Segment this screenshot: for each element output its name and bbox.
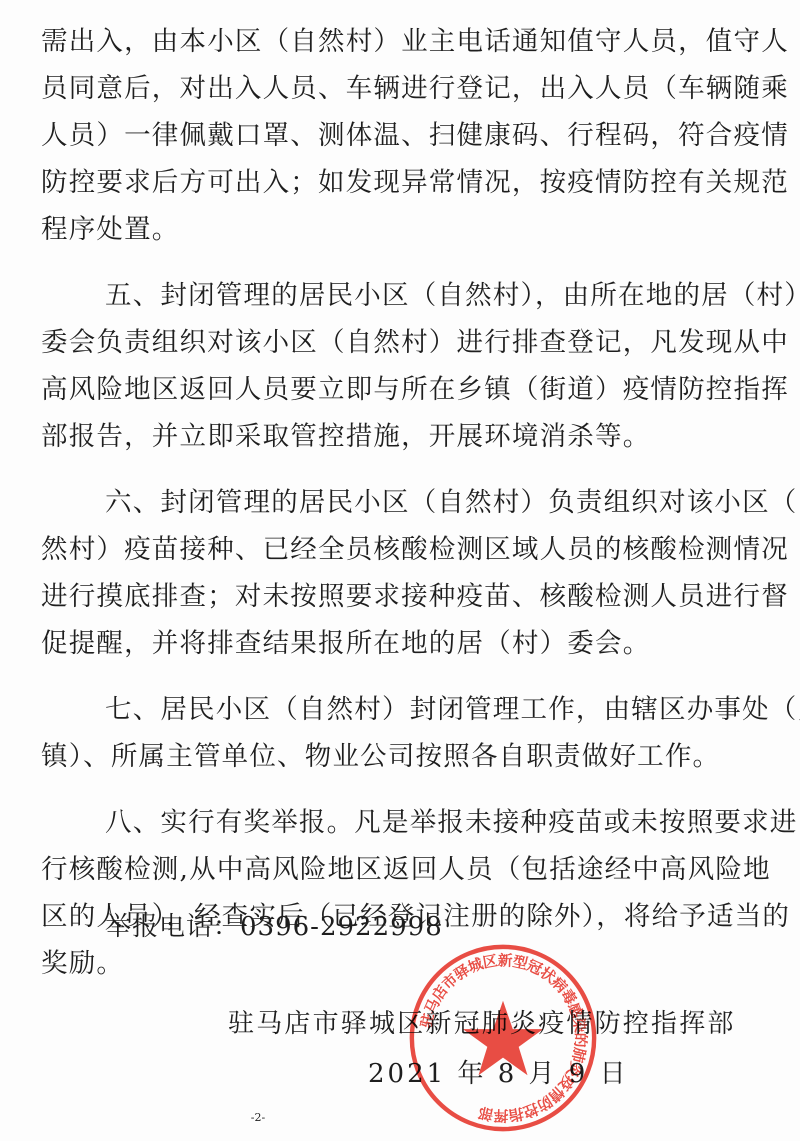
text-line: 行核酸检测,从中高风险地区返回人员（包括途经中高风险地	[41, 846, 481, 893]
text-line: 高风险地区返回人员要立即与所在乡镇（街道）疫情防控指挥	[41, 366, 481, 413]
text-line: 然村）疫苗接种、已经全员核酸检测区域人员的核酸检测情况	[41, 526, 481, 573]
paragraph-item-6: 六、封闭管理的居民小区（自然村）负责组织对该小区（自 然村）疫苗接种、已经全员核…	[41, 479, 481, 667]
text-line: 需出入，由本小区（自然村）业主电话通知值守人员，值守人	[41, 18, 481, 65]
paragraph-item-7: 七、居民小区（自然村）封闭管理工作，由辖区办事处（乡 镇）、所属主管单位、物业公…	[41, 686, 481, 780]
text-line: 程序处置。	[41, 206, 481, 253]
text-line: 部报告，并立即采取管控措施，开展环境消杀等。	[41, 413, 481, 460]
text-line: 防控要求后方可出入；如发现异常情况，按疫情防控有关规范	[41, 159, 481, 206]
document-page: 需出入，由本小区（自然村）业主电话通知值守人员，值守人 员同意后，对出入人员、车…	[0, 0, 800, 1141]
text-line: 进行摸底排查；对未按照要求接种疫苗、核酸检测人员进行督	[41, 573, 481, 620]
text-line: 八、实行有奖举报。凡是举报未接种疫苗或未按照要求进	[41, 799, 481, 846]
report-phone: 举报电话：0396-2922998	[105, 906, 443, 943]
text-line: 五、封闭管理的居民小区（自然村），由所在地的居（村）	[41, 272, 481, 319]
report-phone-label: 举报电话：	[105, 912, 240, 942]
page-number: -2-	[250, 1111, 266, 1124]
text-line: 员同意后，对出入人员、车辆进行登记，出入人员（车辆随乘	[41, 65, 481, 112]
text-line: 人员）一律佩戴口罩、测体温、扫健康码、行程码，符合疫情	[41, 112, 481, 159]
document-body: 需出入，由本小区（自然村）业主电话通知值守人员，值守人 员同意后，对出入人员、车…	[41, 18, 481, 987]
report-phone-number: 0396-2922998	[240, 912, 443, 942]
text-line: 委会负责组织对该小区（自然村）进行排查登记，凡发现从中	[41, 319, 481, 366]
text-line: 镇）、所属主管单位、物业公司按照各自职责做好工作。	[41, 733, 481, 780]
text-line: 六、封闭管理的居民小区（自然村）负责组织对该小区（自	[41, 479, 481, 526]
paragraph-item-5: 五、封闭管理的居民小区（自然村），由所在地的居（村） 委会负责组织对该小区（自然…	[41, 272, 481, 460]
paragraph-continuation: 需出入，由本小区（自然村）业主电话通知值守人员，值守人 员同意后，对出入人员、车…	[41, 18, 481, 253]
official-seal-icon: 驻马店市驿城区新型冠状病毒感染的肺炎疫情防控指挥部	[405, 940, 601, 1136]
text-line: 七、居民小区（自然村）封闭管理工作，由辖区办事处（乡	[41, 686, 481, 733]
text-line: 促提醒，并将排查结果报所在地的居（村）委会。	[41, 620, 481, 667]
